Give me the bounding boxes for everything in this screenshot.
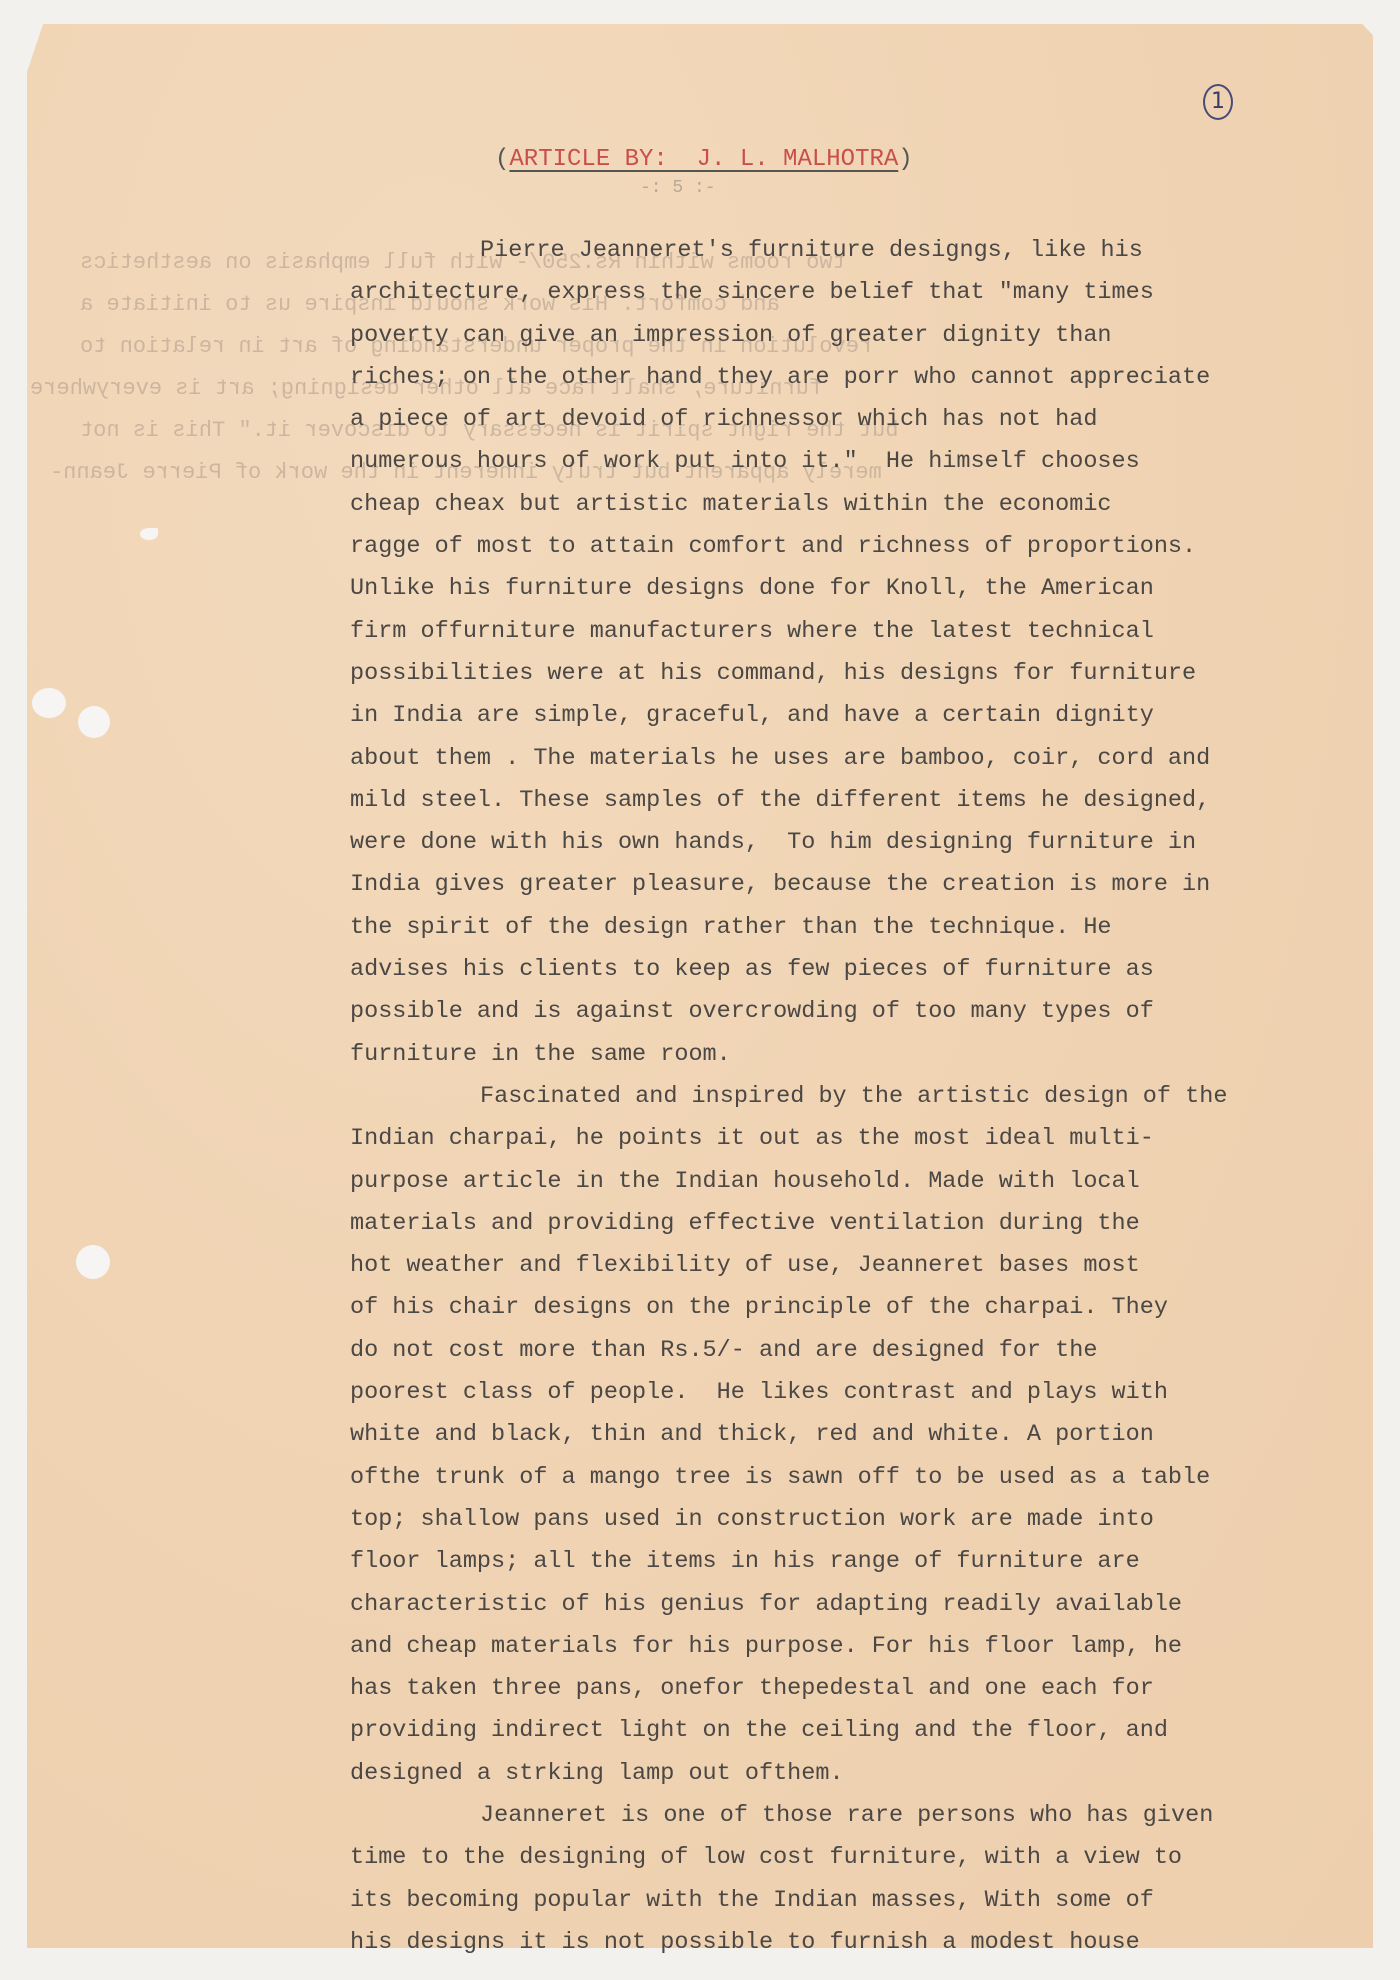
text-line: do not cost more than Rs.5/- and are des…: [350, 1330, 1360, 1372]
text-line: and cheap materials for his purpose. For…: [350, 1626, 1360, 1668]
text-line: possible and is against overcrowding of …: [350, 991, 1360, 1033]
article-byline: ARTICLE BY: J. L. MALHOTRA: [509, 146, 898, 173]
text-line: purpose article in the Indian household.…: [350, 1161, 1360, 1203]
text-line: about them . The materials he uses are b…: [350, 738, 1360, 780]
paragraph-first-line: Fascinated and inspired by the artistic …: [350, 1076, 1360, 1118]
text-line: were done with his own hands, To him des…: [350, 822, 1360, 864]
punch-hole: [32, 688, 66, 718]
text-line: furniture in the same room.: [350, 1034, 1360, 1076]
text-line: white and black, thin and thick, red and…: [350, 1414, 1360, 1456]
text-line: top; shallow pans used in construction w…: [350, 1499, 1360, 1541]
text-line: hot weather and flexibility of use, Jean…: [350, 1245, 1360, 1287]
text-line: characteristic of his genius for adaptin…: [350, 1584, 1360, 1626]
page-number-circled: 1: [1203, 84, 1233, 120]
faint-page-marker: -: 5 :-: [640, 178, 716, 198]
article-body: Pierre Jeanneret's furniture designgs, l…: [350, 230, 1360, 1964]
paragraph-first-line: Pierre Jeanneret's furniture designgs, l…: [350, 230, 1360, 272]
text-line: Indian charpai, he points it out as the …: [350, 1118, 1360, 1160]
text-line: designed a strking lamp out ofthem.: [350, 1753, 1360, 1795]
text-line: numerous hours of work put into it." He …: [350, 441, 1360, 483]
text-line: cheap cheax but artistic materials withi…: [350, 484, 1360, 526]
text-line: in India are simple, graceful, and have …: [350, 695, 1360, 737]
paragraph-first-line: Jeanneret is one of those rare persons w…: [350, 1795, 1360, 1837]
text-line: a piece of art devoid of richnessor whic…: [350, 399, 1360, 441]
title-paren-close: ): [898, 146, 912, 173]
text-line: possibilities were at his command, his d…: [350, 653, 1360, 695]
text-line: Unlike his furniture designs done for Kn…: [350, 568, 1360, 610]
text-line: its becoming popular with the Indian mas…: [350, 1880, 1360, 1922]
text-line: ofthe trunk of a mango tree is sawn off …: [350, 1457, 1360, 1499]
text-line: floor lamps; all the items in his range …: [350, 1541, 1360, 1583]
title-paren-open: (: [495, 146, 509, 173]
paper-tear: [140, 528, 158, 540]
punch-hole: [78, 706, 110, 738]
text-line: providing indirect light on the ceiling …: [350, 1710, 1360, 1752]
text-line: his designs it is not possible to furnis…: [350, 1922, 1360, 1964]
text-line: riches; on the other hand they are porr …: [350, 357, 1360, 399]
text-line: materials and providing effective ventil…: [350, 1203, 1360, 1245]
punch-hole: [76, 1245, 110, 1279]
text-line: of his chair designs on the principle of…: [350, 1287, 1360, 1329]
text-line: has taken three pans, onefor thepedestal…: [350, 1668, 1360, 1710]
text-line: advises his clients to keep as few piece…: [350, 949, 1360, 991]
text-line: time to the designing of low cost furnit…: [350, 1837, 1360, 1879]
text-line: poorest class of people. He likes contra…: [350, 1372, 1360, 1414]
text-line: ragge of most to attain comfort and rich…: [350, 526, 1360, 568]
text-line: the spirit of the design rather than the…: [350, 907, 1360, 949]
text-line: poverty can give an impression of greate…: [350, 315, 1360, 357]
text-line: India gives greater pleasure, because th…: [350, 864, 1360, 906]
text-line: architecture, express the sincere belief…: [350, 272, 1360, 314]
text-line: firm offurniture manufacturers where the…: [350, 611, 1360, 653]
article-title: (ARTICLE BY: J. L. MALHOTRA): [495, 146, 913, 173]
text-line: mild steel. These samples of the differe…: [350, 780, 1360, 822]
